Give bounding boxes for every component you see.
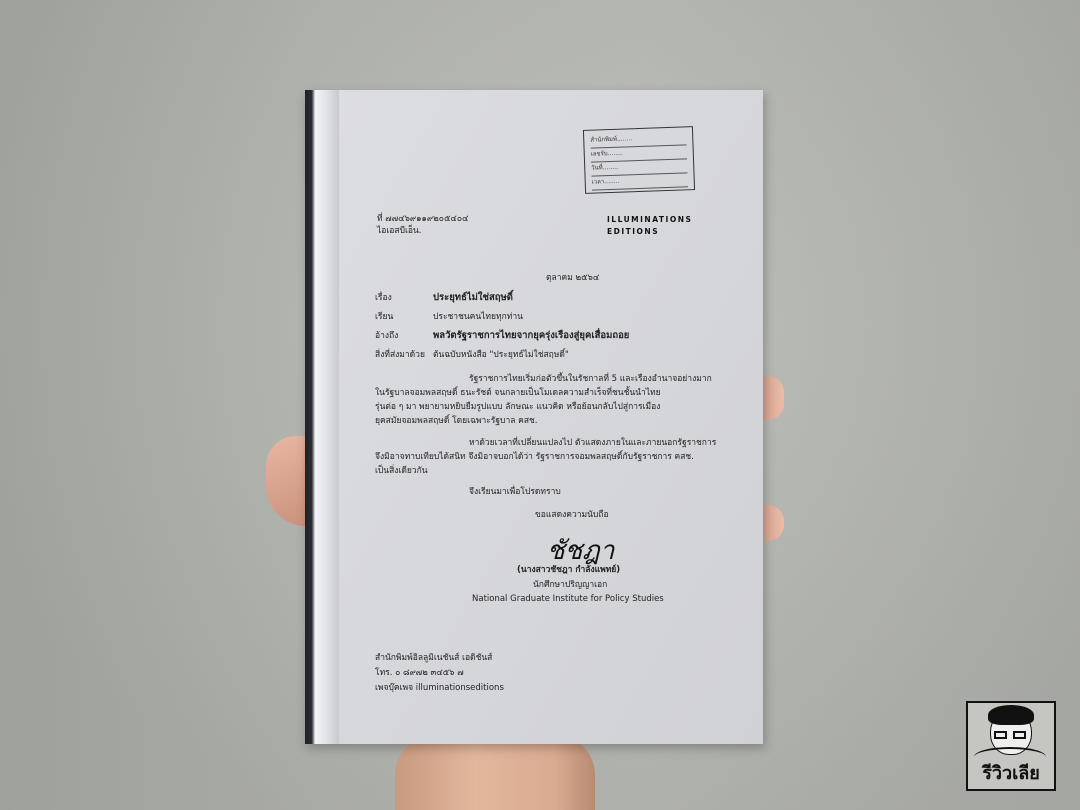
signer-name: (นางสาวชัชฎา กำลังแพทย์) — [517, 565, 620, 576]
reference-org: ไอเอสบีเอ็น. — [377, 226, 422, 237]
book: สำนักพิมพ์........ เลขรับ........ วันที่… — [305, 90, 763, 744]
field-label: เรียน — [375, 312, 393, 323]
watermark-label: รีวิวเลีย — [968, 758, 1054, 787]
reference-number: ที่ ๗๗๔๖๙๑๑๙๒๐๕๔๐๔ — [377, 214, 468, 225]
field-value: ประชาชนคนไทยทุกท่าน — [433, 312, 523, 323]
book-cover: สำนักพิมพ์........ เลขรับ........ วันที่… — [339, 90, 763, 744]
signer-org: National Graduate Institute for Policy S… — [472, 594, 664, 605]
publisher-line: เพจบุ๊คเพจ illuminationseditions — [375, 683, 504, 694]
hair-icon — [988, 705, 1034, 725]
paragraph-line: ในรัฐบาลจอมพลสฤษดิ์ ธนะรัชต์ จนกลายเป็นโ… — [375, 388, 661, 399]
book-spine — [305, 90, 339, 744]
brand-line-1: ILLUMINATIONS — [607, 214, 692, 226]
paragraph-line: รุ่นต่อ ๆ มา พยายามหยิบยืมรูปแบบ ลักษณะ … — [375, 402, 660, 413]
paragraph-line: หาด้วยเวลาที่เปลี่ยนแปลงไป ตัวแสดงภายในแ… — [469, 438, 716, 449]
brand-line-2: EDITIONS — [607, 226, 692, 238]
signer-title: นักศึกษาปริญญาเอก — [533, 580, 607, 591]
closing-line: จึงเรียนมาเพื่อโปรดทราบ — [469, 487, 561, 498]
publisher-line: สำนักพิมพ์อิลลูมิเนชันส์ เอดิชันส์ — [375, 653, 492, 664]
field-label: สิ่งที่ส่งมาด้วย — [375, 350, 425, 361]
regards-line: ขอแสดงความนับถือ — [535, 510, 609, 521]
paragraph-line: เป็นสิ่งเดียวกัน — [375, 466, 428, 477]
glasses-icon — [994, 731, 1028, 739]
letter-date: ตุลาคม ๒๕๖๔ — [546, 273, 599, 284]
paragraph-line: จึงมิอาจทาบเทียบได้สนิท จึงมิอาจบอกได้ว่… — [375, 452, 694, 463]
paragraph-line: รัฐราชการไทยเริ่มก่อตัวขึ้นในรัชกาลที่ 5… — [469, 374, 712, 385]
hand-arm — [395, 735, 595, 810]
watermark-logo: รีวิวเลีย — [966, 701, 1056, 791]
field-value: ต้นฉบับหนังสือ "ประยุทธ์ไม่ใช่สฤษดิ์" — [433, 350, 569, 361]
paragraph-line: ยุคสมัยจอมพลสฤษดิ์ โดยเฉพาะรัฐบาล คสช. — [375, 416, 537, 427]
stamp-row: เวลา........ — [592, 173, 688, 190]
field-label: เรื่อง — [375, 293, 392, 304]
book-subtitle: พลวัตรัฐราชการไทยจากยุครุ่งเรืองสู่ยุคเส… — [433, 330, 629, 342]
publisher-brand: ILLUMINATIONS EDITIONS — [607, 214, 692, 237]
field-label: อ้างถึง — [375, 331, 398, 342]
book-title: ประยุทธ์ไม่ใช่สฤษดิ์ — [433, 292, 513, 304]
received-stamp: สำนักพิมพ์........ เลขรับ........ วันที่… — [583, 126, 695, 194]
publisher-line: โทร. ๐ ๘๙๗๒ ๓๔๕๖ ๗ — [375, 668, 464, 679]
